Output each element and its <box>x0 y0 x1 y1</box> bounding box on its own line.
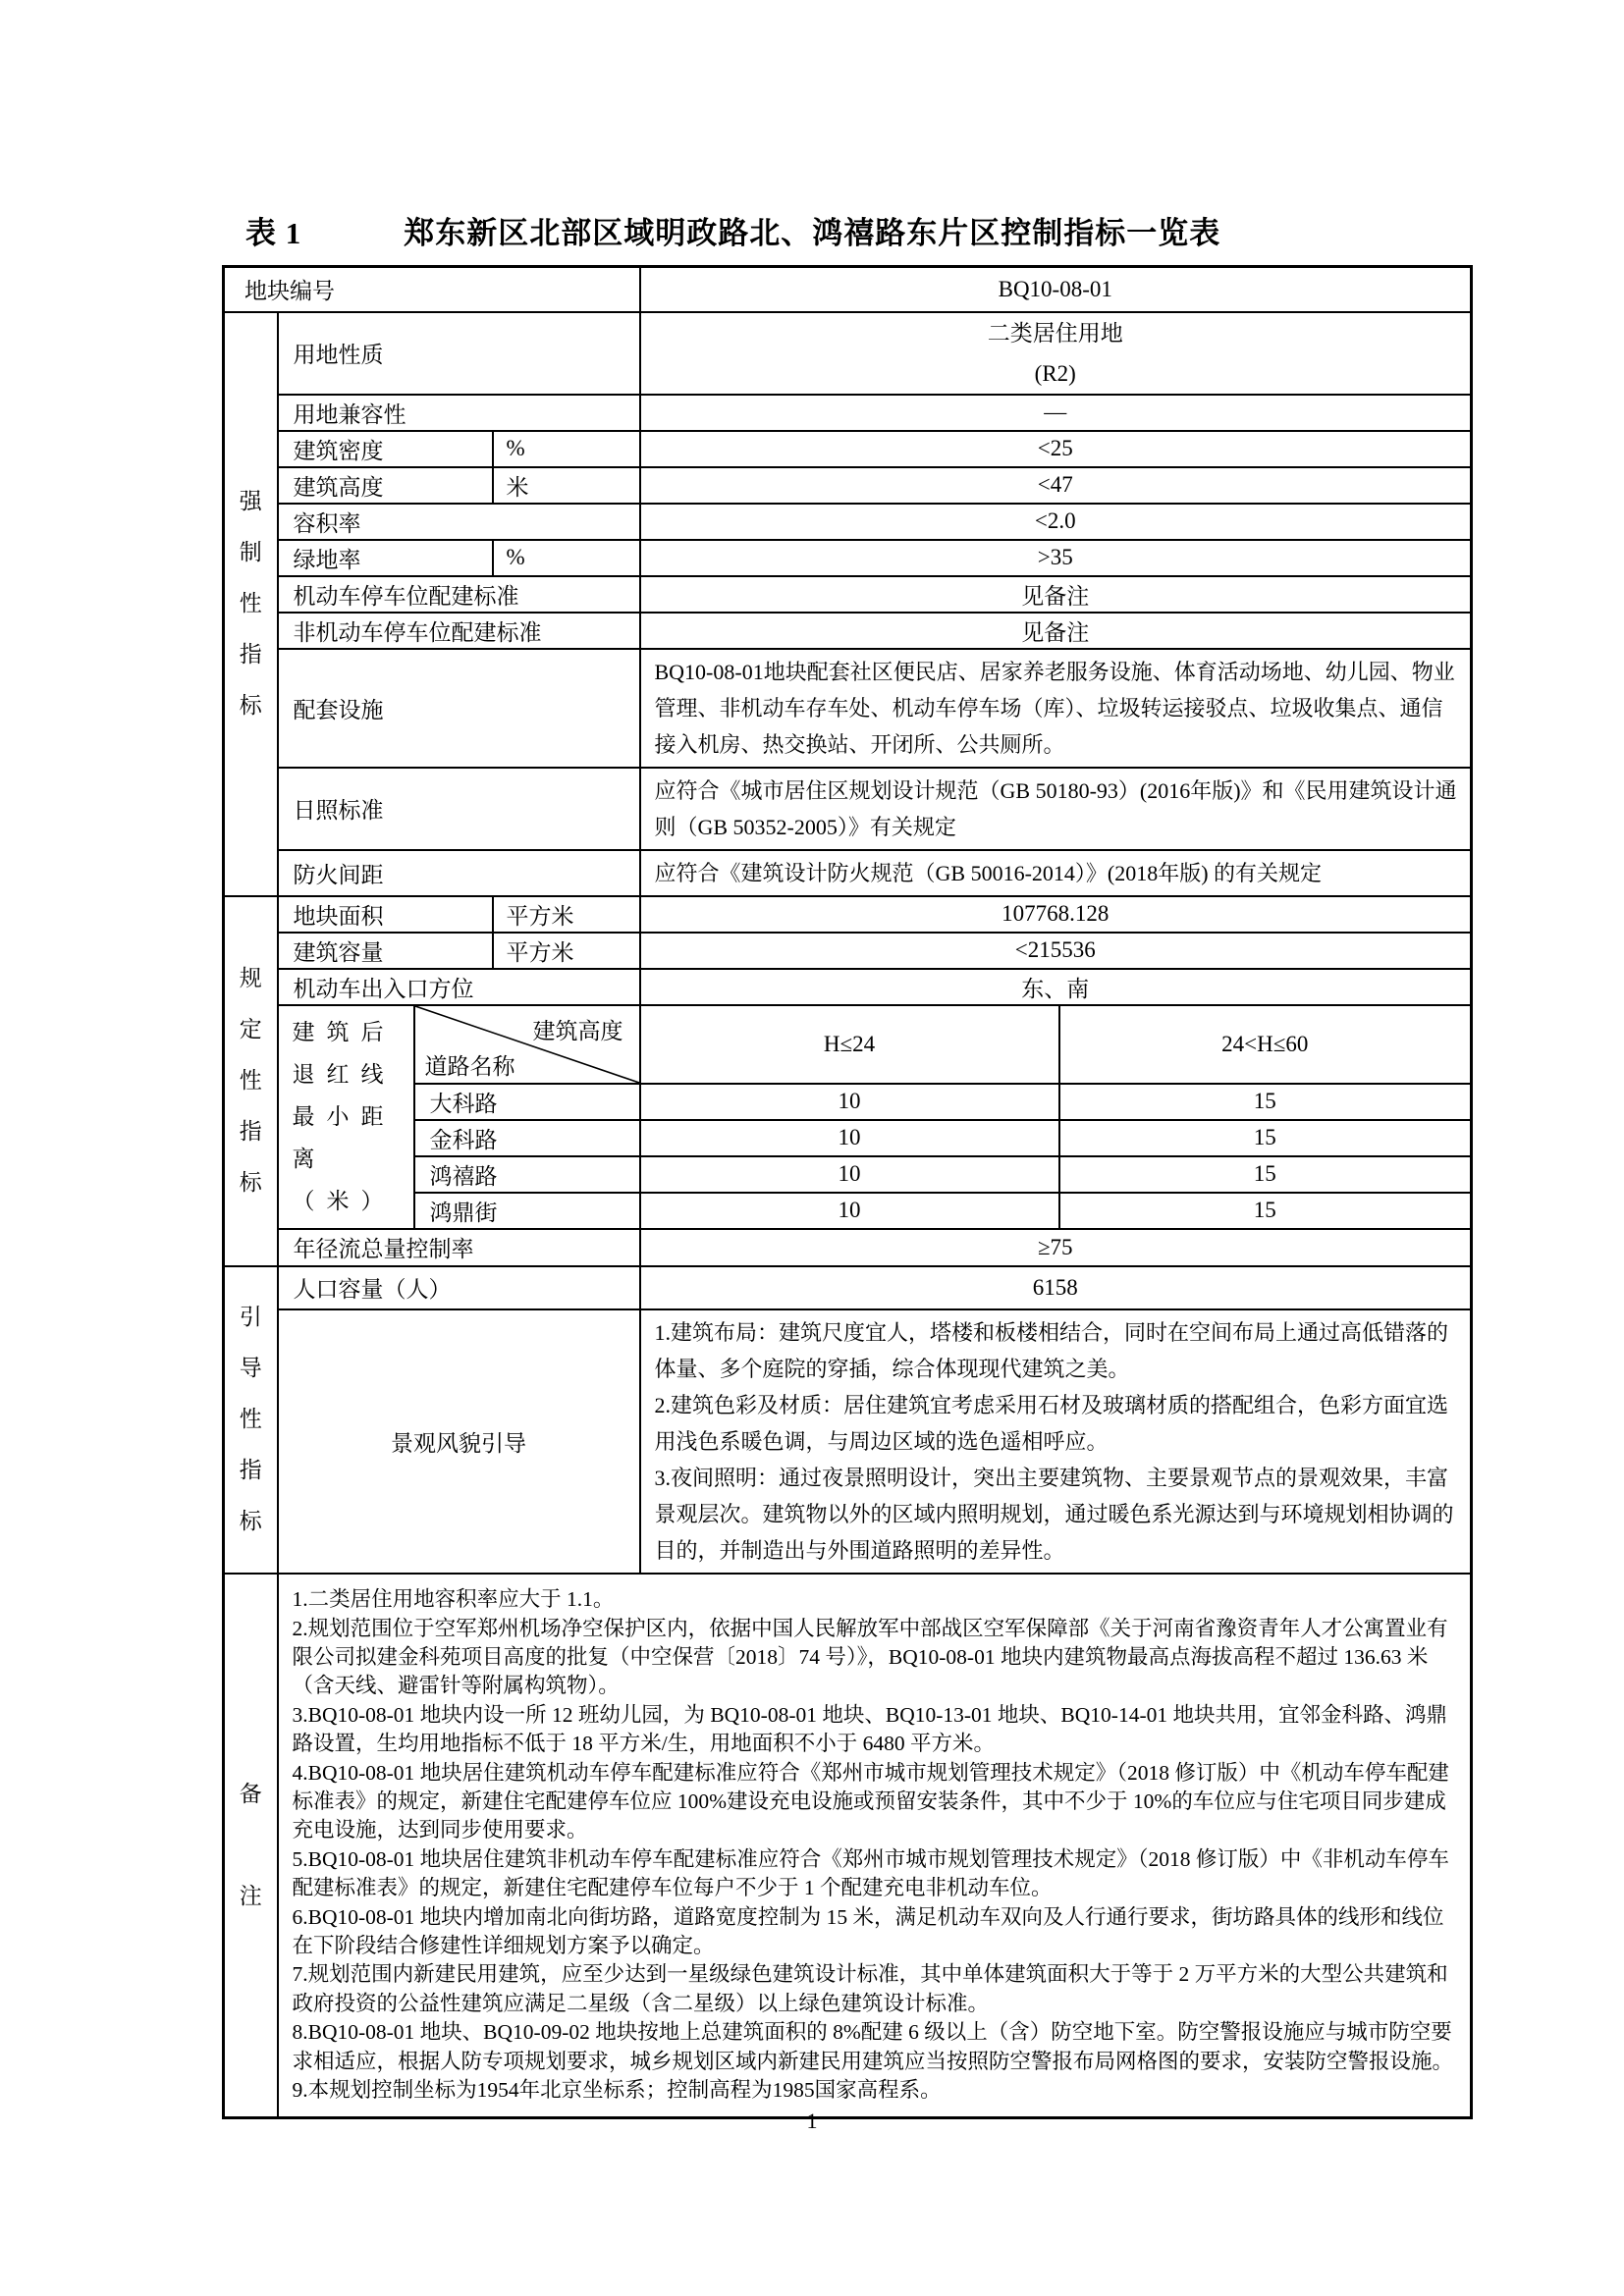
setback-col-h24-60: 24<H≤60 <box>1059 1005 1472 1084</box>
fire-separation-value: 应符合《建筑设计防火规范（GB 50016-2014）》(2018年版) 的有关… <box>640 850 1472 896</box>
table-row: 规定性指标 地块面积 平方米 107768.128 <box>224 896 1472 933</box>
fire-separation-label: 防火间距 <box>278 850 640 896</box>
density-unit: % <box>493 431 640 467</box>
table-row: 景观风貌引导 1.建筑布局：建筑尺度宜人，塔楼和板楼相结合，同时在空间布局上通过… <box>224 1309 1472 1574</box>
road-name: 鸿禧路 <box>414 1156 640 1193</box>
table-row: 建筑密度 % <25 <box>224 431 1472 467</box>
nonmotor-parking-standard-label: 非机动车停车位配建标准 <box>278 613 640 649</box>
facilities-value: BQ10-08-01地块配套社区便民店、居家养老服务设施、体育活动场地、幼儿园、… <box>640 649 1472 768</box>
road-name: 鸿鼎街 <box>414 1193 640 1229</box>
table-row: 容积率 <2.0 <box>224 504 1472 540</box>
building-height-value: <47 <box>640 467 1472 504</box>
setback-value: 10 <box>640 1193 1059 1229</box>
remark-item: 5.BQ10-08-01 地块居住建筑非机动车停车配建标准应符合《郑州市城市规划… <box>293 1845 1459 1903</box>
section-mandatory-indicators: 强制性指标 <box>224 312 278 896</box>
diagonal-header-building-height: 建筑高度 <box>533 1013 623 1045</box>
far-value: <2.0 <box>640 504 1472 540</box>
compatibility-label: 用地兼容性 <box>278 395 640 431</box>
vehicle-entrance-label: 机动车出入口方位 <box>278 969 640 1005</box>
plot-code-label: 地块编号 <box>224 267 640 312</box>
runoff-control-value: ≥75 <box>640 1229 1472 1266</box>
remark-item: 1.二类居住用地容积率应大于 1.1。 <box>293 1585 1459 1614</box>
setback-value: 10 <box>640 1084 1059 1120</box>
landscape-guidance-label: 景观风貌引导 <box>278 1309 640 1574</box>
table-row: 日照标准 应符合《城市居住区规划设计规范（GB 50180-93）(2016年版… <box>224 768 1472 850</box>
green-ratio-unit: % <box>493 540 640 576</box>
setback-col-h24: H≤24 <box>640 1005 1059 1084</box>
setback-diagonal-header: 建筑高度 道路名称 <box>414 1005 640 1084</box>
setback-value: 15 <box>1059 1193 1472 1229</box>
green-ratio-value: >35 <box>640 540 1472 576</box>
density-label: 建筑密度 <box>278 431 493 467</box>
page-title: 表 1郑东新区北部区域明政路北、鸿禧路东片区控制指标一览表 <box>245 208 1473 252</box>
table-row: 年径流总量控制率 ≥75 <box>224 1229 1472 1266</box>
density-value: <25 <box>640 431 1472 467</box>
plot-area-value: 107768.128 <box>640 896 1472 933</box>
setback-value: 10 <box>640 1120 1059 1156</box>
landscape-item: 1.建筑布局：建筑尺度宜人，塔楼和板楼相结合，同时在空间布局上通过高低错落的体量… <box>655 1314 1459 1387</box>
remarks-content: 1.二类居住用地容积率应大于 1.1。 2.规划范围位于空军郑州机场净空保护区内… <box>278 1574 1472 2118</box>
document-page: 表 1郑东新区北部区域明政路北、鸿禧路东片区控制指标一览表 地块编号 BQ10-… <box>0 0 1624 2296</box>
setback-value: 15 <box>1059 1084 1472 1120</box>
land-use-value: 二类居住用地 (R2) <box>640 312 1472 395</box>
building-capacity-value: <215536 <box>640 933 1472 969</box>
table-row: 建筑后退红线最小距离（米） 建筑高度 道路名称 H≤24 24<H≤60 <box>224 1005 1472 1084</box>
landscape-item: 2.建筑色彩及材质：居住建筑宜考虑采用石材及玻璃材质的搭配组合，色彩方面宜选用浅… <box>655 1387 1459 1460</box>
table-row: 建筑高度 米 <47 <box>224 467 1472 504</box>
building-capacity-label: 建筑容量 <box>278 933 493 969</box>
road-name: 金科路 <box>414 1120 640 1156</box>
land-use-value-line2: (R2) <box>641 353 1471 394</box>
table-row: 机动车出入口方位 东、南 <box>224 969 1472 1005</box>
table-row: 备注 1.二类居住用地容积率应大于 1.1。 2.规划范围位于空军郑州机场净空保… <box>224 1574 1472 2118</box>
plot-code-value: BQ10-08-01 <box>640 267 1472 312</box>
section-guiding-indicators: 引导性指标 <box>224 1266 278 1574</box>
road-name: 大科路 <box>414 1084 640 1120</box>
facilities-label: 配套设施 <box>278 649 640 768</box>
sunlight-standard-label: 日照标准 <box>278 768 640 850</box>
remark-item: 2.规划范围位于空军郑州机场净空保护区内，依据中国人民解放军中部战区空军保障部《… <box>293 1615 1459 1701</box>
table-row: 非机动车停车位配建标准 见备注 <box>224 613 1472 649</box>
land-use-value-line1: 二类居住用地 <box>641 313 1471 353</box>
table-row: 引导性指标 人口容量（人） 6158 <box>224 1266 1472 1309</box>
population-capacity-label: 人口容量（人） <box>278 1266 640 1309</box>
compatibility-value: — <box>640 395 1472 431</box>
section-remarks: 备注 <box>224 1574 278 2118</box>
remark-item: 7.规划范围内新建民用建筑，应至少达到一星级绿色建筑设计标准，其中单体建筑面积大… <box>293 1960 1459 2018</box>
sunlight-standard-value: 应符合《城市居住区规划设计规范（GB 50180-93）(2016年版)》和《民… <box>640 768 1472 850</box>
building-capacity-unit: 平方米 <box>493 933 640 969</box>
setback-value: 15 <box>1059 1120 1472 1156</box>
landscape-item: 3.夜间照明：通过夜景照明设计，突出主要建筑物、主要景观节点的景观效果，丰富景观… <box>655 1460 1459 1569</box>
building-height-unit: 米 <box>493 467 640 504</box>
remark-item: 4.BQ10-08-01 地块居住建筑机动车停车配建标准应符合《郑州市城市规划管… <box>293 1759 1459 1845</box>
remark-item: 9.本规划控制坐标为1954年北京坐标系；控制高程为1985国家高程系。 <box>293 2076 1459 2105</box>
section-regulatory-indicators: 规定性指标 <box>224 896 278 1266</box>
nonmotor-parking-standard-value: 见备注 <box>640 613 1472 649</box>
remark-item: 3.BQ10-08-01 地块内设一所 12 班幼儿园，为 BQ10-08-01… <box>293 1701 1459 1759</box>
diagonal-header-road-name: 道路名称 <box>425 1048 515 1081</box>
table-row: 建筑容量 平方米 <215536 <box>224 933 1472 969</box>
plot-area-label: 地块面积 <box>278 896 493 933</box>
table-title-text: 郑东新区北部区域明政路北、鸿禧路东片区控制指标一览表 <box>404 216 1220 250</box>
setback-value: 15 <box>1059 1156 1472 1193</box>
table-number: 表 1 <box>245 216 301 250</box>
table-row: 地块编号 BQ10-08-01 <box>224 267 1472 312</box>
vehicle-entrance-value: 东、南 <box>640 969 1472 1005</box>
table-row: 绿地率 % >35 <box>224 540 1472 576</box>
setback-value: 10 <box>640 1156 1059 1193</box>
far-label: 容积率 <box>278 504 640 540</box>
building-height-label: 建筑高度 <box>278 467 493 504</box>
table-row: 机动车停车位配建标准 见备注 <box>224 576 1472 613</box>
population-capacity-value: 6158 <box>640 1266 1472 1309</box>
table-row: 用地兼容性 — <box>224 395 1472 431</box>
page-number: 1 <box>0 2109 1624 2134</box>
parking-standard-value: 见备注 <box>640 576 1472 613</box>
landscape-guidance-value: 1.建筑布局：建筑尺度宜人，塔楼和板楼相结合，同时在空间布局上通过高低错落的体量… <box>640 1309 1472 1574</box>
plot-area-unit: 平方米 <box>493 896 640 933</box>
control-indicators-table: 地块编号 BQ10-08-01 强制性指标 用地性质 二类居住用地 (R2) 用… <box>222 265 1473 2119</box>
parking-standard-label: 机动车停车位配建标准 <box>278 576 640 613</box>
setback-label: 建筑后退红线最小距离（米） <box>278 1005 414 1229</box>
table-row: 配套设施 BQ10-08-01地块配套社区便民店、居家养老服务设施、体育活动场地… <box>224 649 1472 768</box>
land-use-label: 用地性质 <box>278 312 640 395</box>
remark-item: 8.BQ10-08-01 地块、BQ10-09-02 地块按地上总建筑面积的 8… <box>293 2018 1459 2076</box>
table-row: 防火间距 应符合《建筑设计防火规范（GB 50016-2014）》(2018年版… <box>224 850 1472 896</box>
table-row: 强制性指标 用地性质 二类居住用地 (R2) <box>224 312 1472 395</box>
remark-item: 6.BQ10-08-01 地块内增加南北向街坊路，道路宽度控制为 15 米，满足… <box>293 1903 1459 1961</box>
runoff-control-label: 年径流总量控制率 <box>278 1229 640 1266</box>
green-ratio-label: 绿地率 <box>278 540 493 576</box>
